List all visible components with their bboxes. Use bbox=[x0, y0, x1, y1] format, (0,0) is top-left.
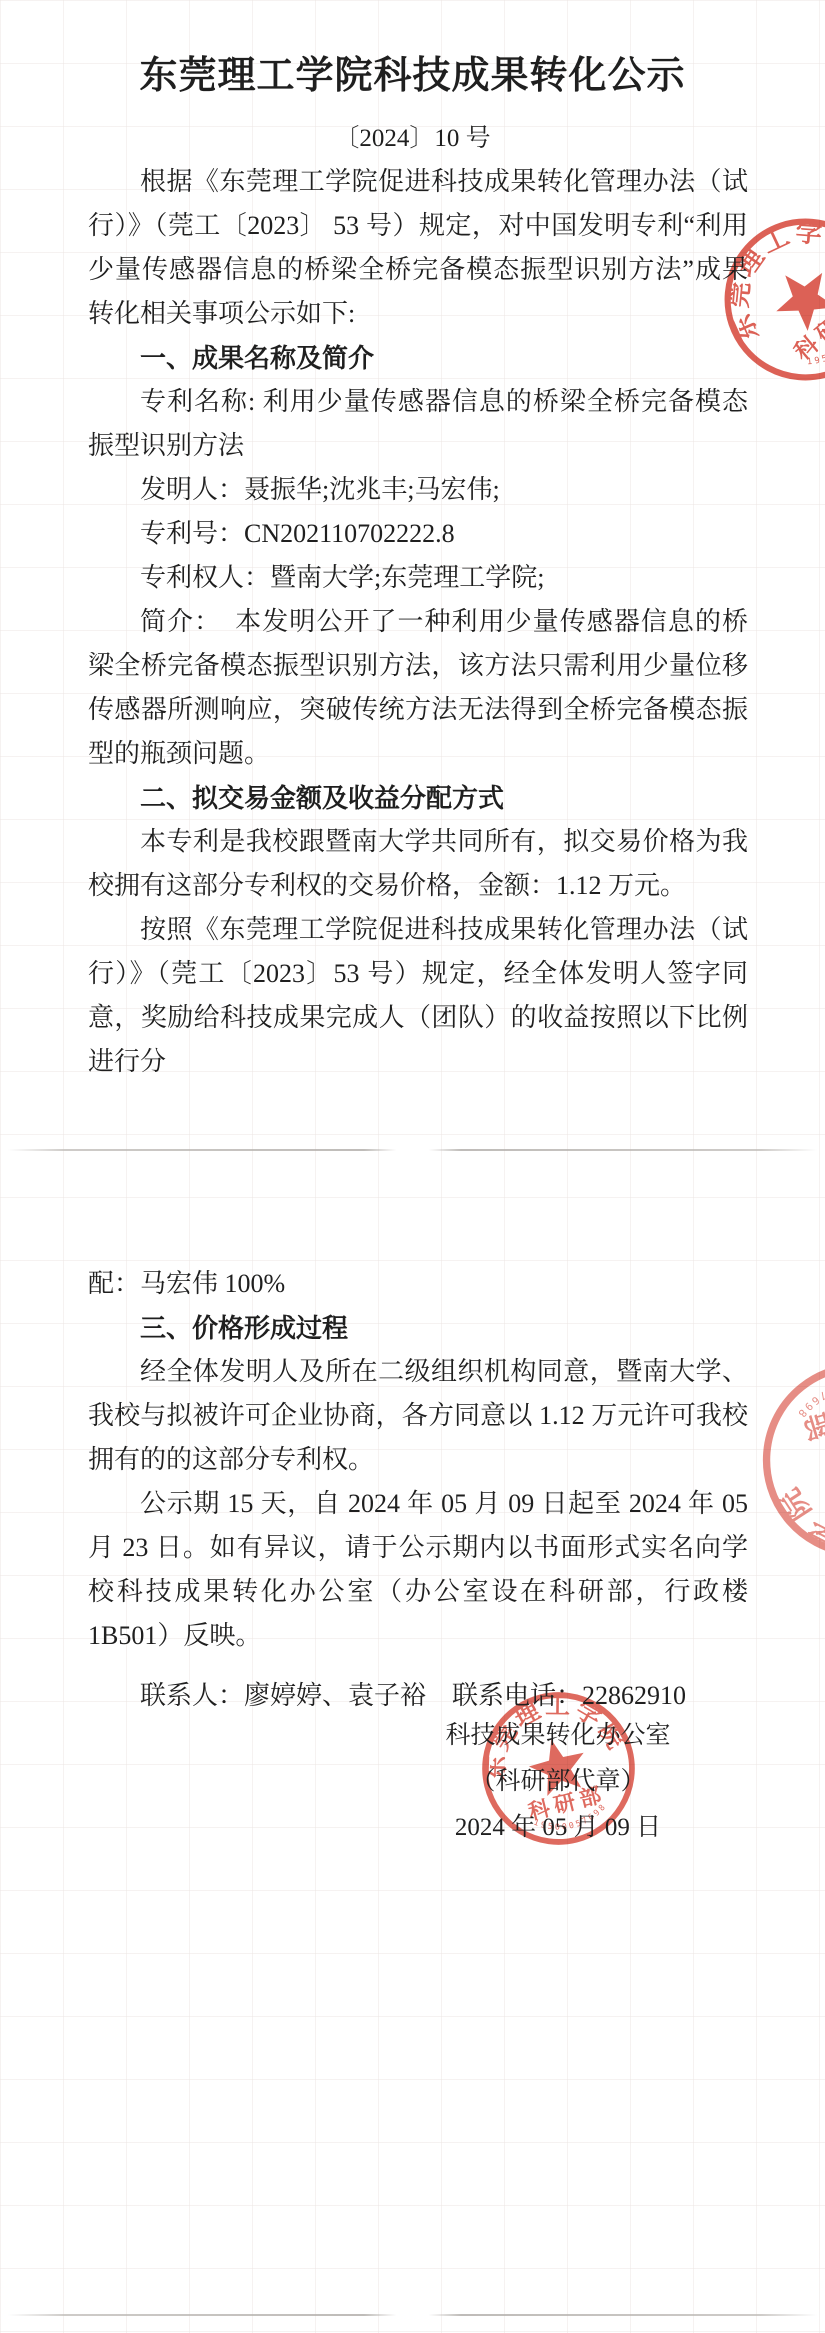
signature-note: （科研部代章） bbox=[318, 1759, 798, 1805]
section-3-heading: 三、价格形成过程 bbox=[88, 1306, 748, 1350]
page-break-line bbox=[8, 1149, 817, 1151]
page-bottom-edge-line bbox=[8, 2314, 817, 2316]
patent-number-line: 专利号：CN202110702222.8 bbox=[88, 512, 748, 556]
distribution-continued-line: 配：马宏伟 100% bbox=[88, 1262, 748, 1306]
page-2-content: 配：马宏伟 100% 三、价格形成过程 经全体发明人及所在二级组织机构同意，暨南… bbox=[88, 1262, 748, 1718]
pricing-paragraph: 经全体发明人及所在二级组织机构同意，暨南大学、我校与拟被许可企业协商，各方同意以… bbox=[88, 1350, 748, 1482]
page-1-content: 根据《东莞理工学院促进科技成果转化管理办法（试行）》（莞工〔2023〕 53 号… bbox=[88, 160, 748, 1084]
document-title: 东莞理工学院科技成果转化公示 bbox=[0, 44, 825, 99]
intro-paragraph: 根据《东莞理工学院促进科技成果转化管理办法（试行）》（莞工〔2023〕 53 号… bbox=[88, 160, 748, 336]
signature-date: 2024 年 05 月 09 日 bbox=[318, 1805, 798, 1851]
section-1-heading: 一、成果名称及简介 bbox=[88, 336, 748, 380]
price-paragraph: 本专利是我校跟暨南大学共同所有，拟交易价格为我校拥有这部分专利权的交易价格，金额… bbox=[88, 820, 748, 908]
contact-line: 联系人：廖婷婷、袁子裕 联系电话：22862910 bbox=[88, 1674, 748, 1718]
distribution-paragraph: 按照《东莞理工学院促进科技成果转化管理办法（试行）》（莞工〔2023〕53 号）… bbox=[88, 908, 748, 1084]
publicity-period-paragraph: 公示期 15 天，自 2024 年 05 月 09 日起至 2024 年 05 … bbox=[88, 1482, 748, 1658]
inventors-line: 发明人：聂振华;沈兆丰;马宏伟; bbox=[88, 468, 748, 512]
scanned-notice-document: 东莞理工学院科技成果转化公示 〔2024〕10 号 根据《东莞理工学院促进科技成… bbox=[0, 0, 825, 2333]
summary-paragraph: 简介： 本发明公开了一种利用少量传感器信息的桥梁全桥完备模态振型识别方法，该方法… bbox=[88, 600, 748, 776]
document-number: 〔2024〕10 号 bbox=[0, 118, 825, 154]
signature-office: 科技成果转化办公室 bbox=[318, 1713, 798, 1759]
seal-org-text: 东莞理工学院 bbox=[765, 1431, 825, 1584]
signature-block: 科技成果转化办公室 （科研部代章） 2024 年 05 月 09 日 bbox=[318, 1713, 798, 1851]
patent-owners-line: 专利权人：暨南大学;东莞理工学院; bbox=[88, 556, 748, 600]
section-2-heading: 二、拟交易金额及收益分配方式 bbox=[88, 776, 748, 820]
patent-name-line: 专利名称: 利用少量传感器信息的桥梁全桥完备模态振型识别方法 bbox=[88, 380, 748, 468]
